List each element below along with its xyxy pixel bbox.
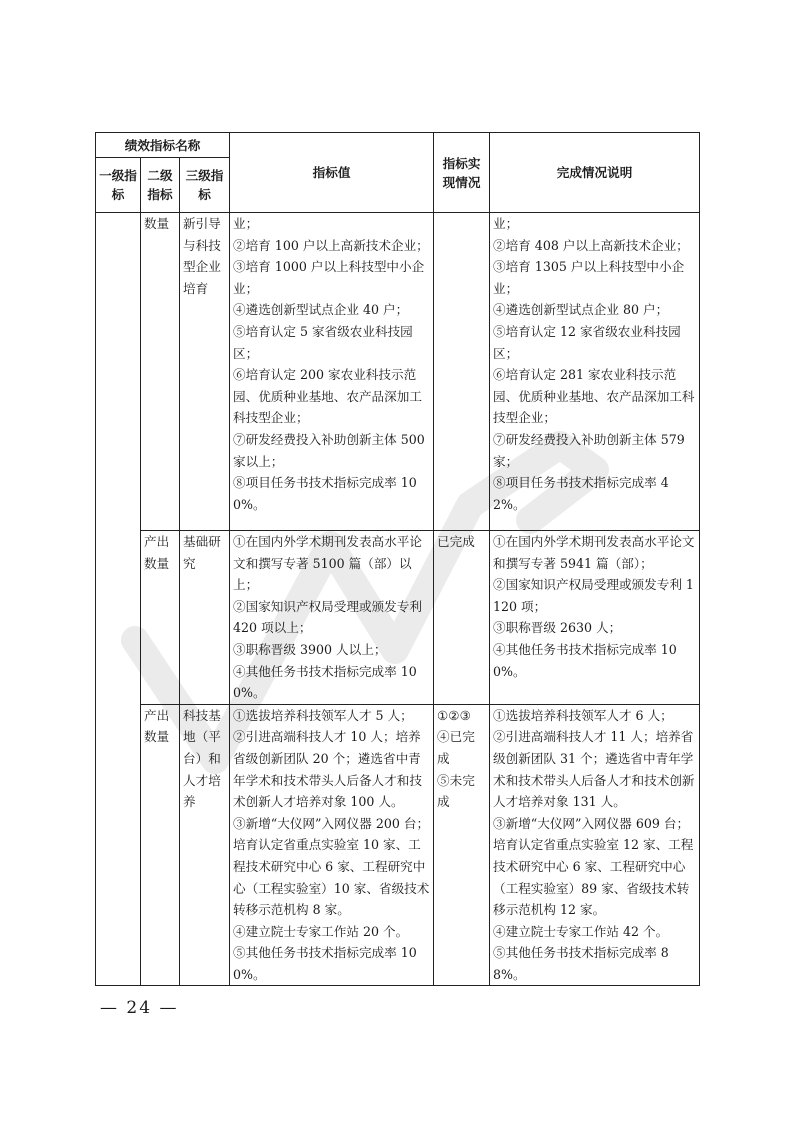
list-item: ③新增“大仪网”入网仪器 200 台；培育认定省重点实验室 10 家、工程技术研… [233, 813, 430, 921]
list-item: ⑤其他任务书技术指标完成率 88%。 [493, 942, 696, 985]
list-item: ④建立院士专家工作站 42 个。 [493, 921, 696, 943]
list-item: ②引进高端科技人才 10 人；培养省级创新团队 20 个；遴选省中青年学术和技术… [233, 726, 430, 812]
list-item: ①在国内外学术期刊发表高水平论文和撰写专著 5941 篇（部）； [493, 531, 696, 574]
list-item: ⑧项目任务书技术指标完成率 42%。 [493, 472, 696, 515]
table-row: 产出数量 基础研究 ①在国内外学术期刊发表高水平论文和撰写专著 5100 篇（部… [96, 531, 700, 705]
list-item: ④建立院士专家工作站 20 个。 [233, 921, 430, 943]
achievement-cell: ①②③ ④已完成 ⑤未完成 [434, 704, 490, 986]
performance-indicator-table: 绩效指标名称 指标值 指标实现情况 完成情况说明 一级指标 二级指标 三级指标 … [95, 132, 700, 986]
header-level2: 二级指标 [141, 158, 180, 213]
list-item: ①选拔培养科技领军人才 5 人； [233, 705, 430, 727]
indicator-value-cell: 业； ②培育 100 户以上高新技术企业； ③培育 1000 户以上科技型中小企… [230, 213, 434, 531]
level3-cell: 科技基地（平台）和人才培养 [180, 704, 230, 986]
list-item: ④其他任务书技术指标完成率 100%。 [493, 639, 696, 682]
list-item: ⑦研发经费投入补助创新主体 579 家； [493, 429, 696, 472]
list-item: ⑦研发经费投入补助创新主体 500 家以上； [233, 429, 430, 472]
achievement-line: ⑤未完成 [437, 770, 486, 813]
list-item: ①选拔培养科技领军人才 6 人； [493, 705, 696, 727]
table-row: 产出数量 科技基地（平台）和人才培养 ①选拔培养科技领军人才 5 人； ②引进高… [96, 704, 700, 986]
list-item: ⑧项目任务书技术指标完成率 100%。 [233, 472, 430, 515]
list-item: 业； [233, 213, 430, 235]
header-explanation: 完成情况说明 [490, 133, 700, 213]
list-item: ①在国内外学术期刊发表高水平论文和撰写专著 5100 篇（部）以上； [233, 531, 430, 596]
level3-cell: 基础研究 [180, 531, 230, 705]
header-indicator-name-group: 绩效指标名称 [96, 133, 230, 158]
table-row: 数量 新引导与科技型企业培育 业； ②培育 100 户以上高新技术企业； ③培育… [96, 213, 700, 531]
achievement-line: ①②③ [437, 705, 486, 727]
achievement-cell: 已完成 [434, 531, 490, 705]
list-item: ③培育 1305 户以上科技型中小企业； [493, 256, 696, 299]
document-page: 绩效指标名称 指标值 指标实现情况 完成情况说明 一级指标 二级指标 三级指标 … [0, 0, 793, 1122]
list-item: ④遴选创新型试点企业 40 户； [233, 299, 430, 321]
explanation-cell: ①在国内外学术期刊发表高水平论文和撰写专著 5941 篇（部）； ②国家知识产权… [490, 531, 700, 705]
explanation-cell: ①选拔培养科技领军人才 6 人； ②引进高端科技人才 11 人；培养省级创新团队… [490, 704, 700, 986]
list-item: ④遴选创新型试点企业 80 户； [493, 299, 696, 321]
list-item: ⑤培育认定 5 家省级农业科技园区； [233, 321, 430, 364]
page-number: — 24 — [100, 998, 178, 1018]
list-item: ②国家知识产权局受理或颁发专利 1120 项； [493, 574, 696, 617]
list-item: ②培育 100 户以上高新技术企业； [233, 235, 430, 257]
level2-cell: 产出数量 [141, 704, 180, 986]
achievement-line: ④已完成 [437, 726, 486, 769]
header-level3: 三级指标 [180, 158, 230, 213]
list-item: 业； [493, 213, 696, 235]
header-achievement: 指标实现情况 [434, 133, 490, 213]
list-item: ③职称晋级 3900 人以上； [233, 639, 430, 661]
list-item: ②引进高端科技人才 11 人；培养省级创新团队 31 个；遴选省中青年学术和技术… [493, 726, 696, 812]
list-item: ⑥培育认定 281 家农业科技示范园、优质种业基地、农产品深加工科技型企业； [493, 364, 696, 429]
achievement-cell [434, 213, 490, 531]
list-item: ⑤培育认定 12 家省级农业科技园区； [493, 321, 696, 364]
level1-cell [96, 213, 141, 986]
list-item: ②培育 408 户以上高新技术企业； [493, 235, 696, 257]
level3-cell: 新引导与科技型企业培育 [180, 213, 230, 531]
indicator-value-cell: ①选拔培养科技领军人才 5 人； ②引进高端科技人才 10 人；培养省级创新团队… [230, 704, 434, 986]
list-item: ③职称晋级 2630 人； [493, 617, 696, 639]
header-level1: 一级指标 [96, 158, 141, 213]
list-item: ④其他任务书技术指标完成率 100%。 [233, 661, 430, 704]
indicator-value-cell: ①在国内外学术期刊发表高水平论文和撰写专著 5100 篇（部）以上； ②国家知识… [230, 531, 434, 705]
list-item: ⑤其他任务书技术指标完成率 100%。 [233, 942, 430, 985]
explanation-cell: 业； ②培育 408 户以上高新技术企业； ③培育 1305 户以上科技型中小企… [490, 213, 700, 531]
list-item: ②国家知识产权局受理或颁发专利 420 项以上； [233, 596, 430, 639]
list-item: ③培育 1000 户以上科技型中小企业； [233, 256, 430, 299]
level2-cell: 产出数量 [141, 531, 180, 705]
list-item: ③新增“大仪网”入网仪器 609 台；培育认定省重点实验室 12 家、工程技术研… [493, 813, 696, 921]
list-item: ⑥培育认定 200 家农业科技示范园、优质种业基地、农产品深加工科技型企业； [233, 364, 430, 429]
level2-cell: 数量 [141, 213, 180, 531]
header-indicator-value: 指标值 [230, 133, 434, 213]
